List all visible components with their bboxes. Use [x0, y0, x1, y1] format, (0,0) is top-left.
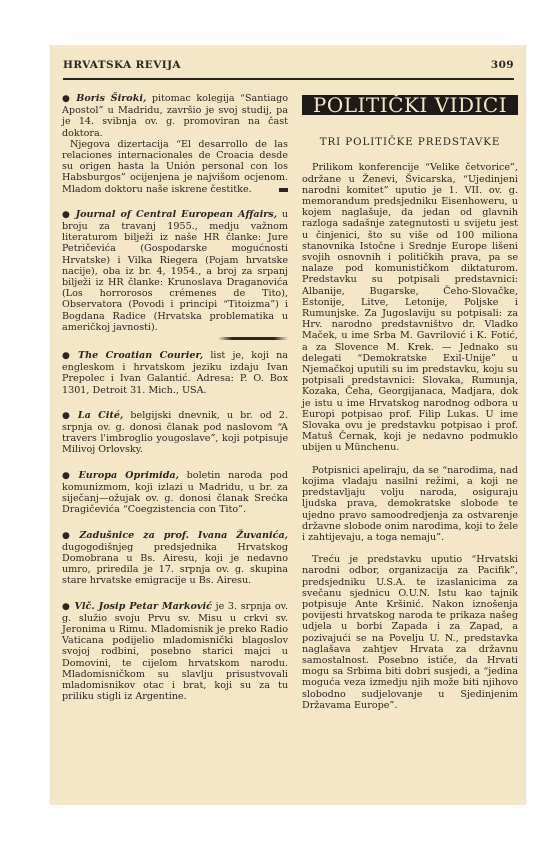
entry-lead: The Croatian Courier,: [78, 350, 203, 361]
news-entry: ●The Croatian Courier, list je, koji na …: [62, 350, 288, 396]
page-number: 309: [491, 59, 514, 71]
magazine-page: HRVATSKA REVIJA 309 ●Boris Široki, pitom…: [50, 45, 526, 805]
section-banner: POLITIČKI VIDICI: [302, 95, 518, 115]
article-paragraph: Prilikom konferencije “Velike četvorice”…: [302, 162, 518, 453]
end-mark-icon: [279, 188, 288, 192]
entry-lead: Zadušnice za prof. Ivana Žuvanića,: [79, 530, 288, 541]
header-rule: [63, 78, 514, 80]
bullet-icon: ●: [62, 471, 75, 481]
bullet-icon: ●: [62, 602, 70, 612]
entry-lead: Boris Široki,: [76, 93, 146, 104]
right-column: POLITIČKI VIDICI TRI POLITIČKE PREDSTAVK…: [302, 93, 518, 722]
entry-lead: Europa Oprimida,: [79, 470, 179, 481]
article-paragraph: Treću je predstavku uputio “Hrvatski nar…: [302, 554, 518, 711]
bullet-icon: ●: [62, 351, 74, 361]
news-entry: ●Boris Široki, pitomac kolegija “Santiag…: [62, 93, 288, 195]
bullet-icon: ●: [62, 94, 72, 104]
news-entry: ●Zadušnice za prof. Ivana Žuvanića, dugo…: [62, 530, 288, 587]
news-entry: ●La Cité, belgijski dnevnik, u br. od 2.…: [62, 410, 288, 456]
running-header: HRVATSKA REVIJA 309: [63, 59, 514, 75]
article-paragraph: Potpisnici apeliraju, da se “narodima, n…: [302, 465, 518, 543]
entry-lead: La Cité,: [78, 410, 123, 421]
entry-lead: Vlč. Josip Petar Marković: [74, 601, 212, 612]
bullet-icon: ●: [62, 411, 74, 421]
bullet-icon: ●: [62, 210, 72, 220]
article-title: TRI POLITIČKE PREDSTAVKE: [302, 137, 518, 148]
news-entry: ●Europa Oprimida, boletin naroda pod kom…: [62, 470, 288, 516]
entry-text: u broju za travanj 1955., medju važnom l…: [62, 209, 288, 333]
news-entry: ●Vlč. Josip Petar Marković je 3. srpnja …: [62, 601, 288, 703]
entry-text: dugogodišnjeg predsjednika Hrvatskog Dom…: [62, 542, 288, 587]
news-entry: ●Journal of Central European Affairs, u …: [62, 209, 288, 333]
entry-text: je 3. srpnja ov. g. služio svoju Prvu sv…: [62, 601, 288, 703]
entry-text: Njegova dizertacija “El desarrollo de la…: [62, 139, 288, 195]
bullet-icon: ●: [62, 531, 75, 541]
left-column: ●Boris Široki, pitomac kolegija “Santiag…: [62, 93, 288, 716]
separator-flourish: [218, 337, 288, 340]
publication-title: HRVATSKA REVIJA: [63, 59, 181, 71]
entry-lead: Journal of Central European Affairs,: [76, 209, 277, 220]
